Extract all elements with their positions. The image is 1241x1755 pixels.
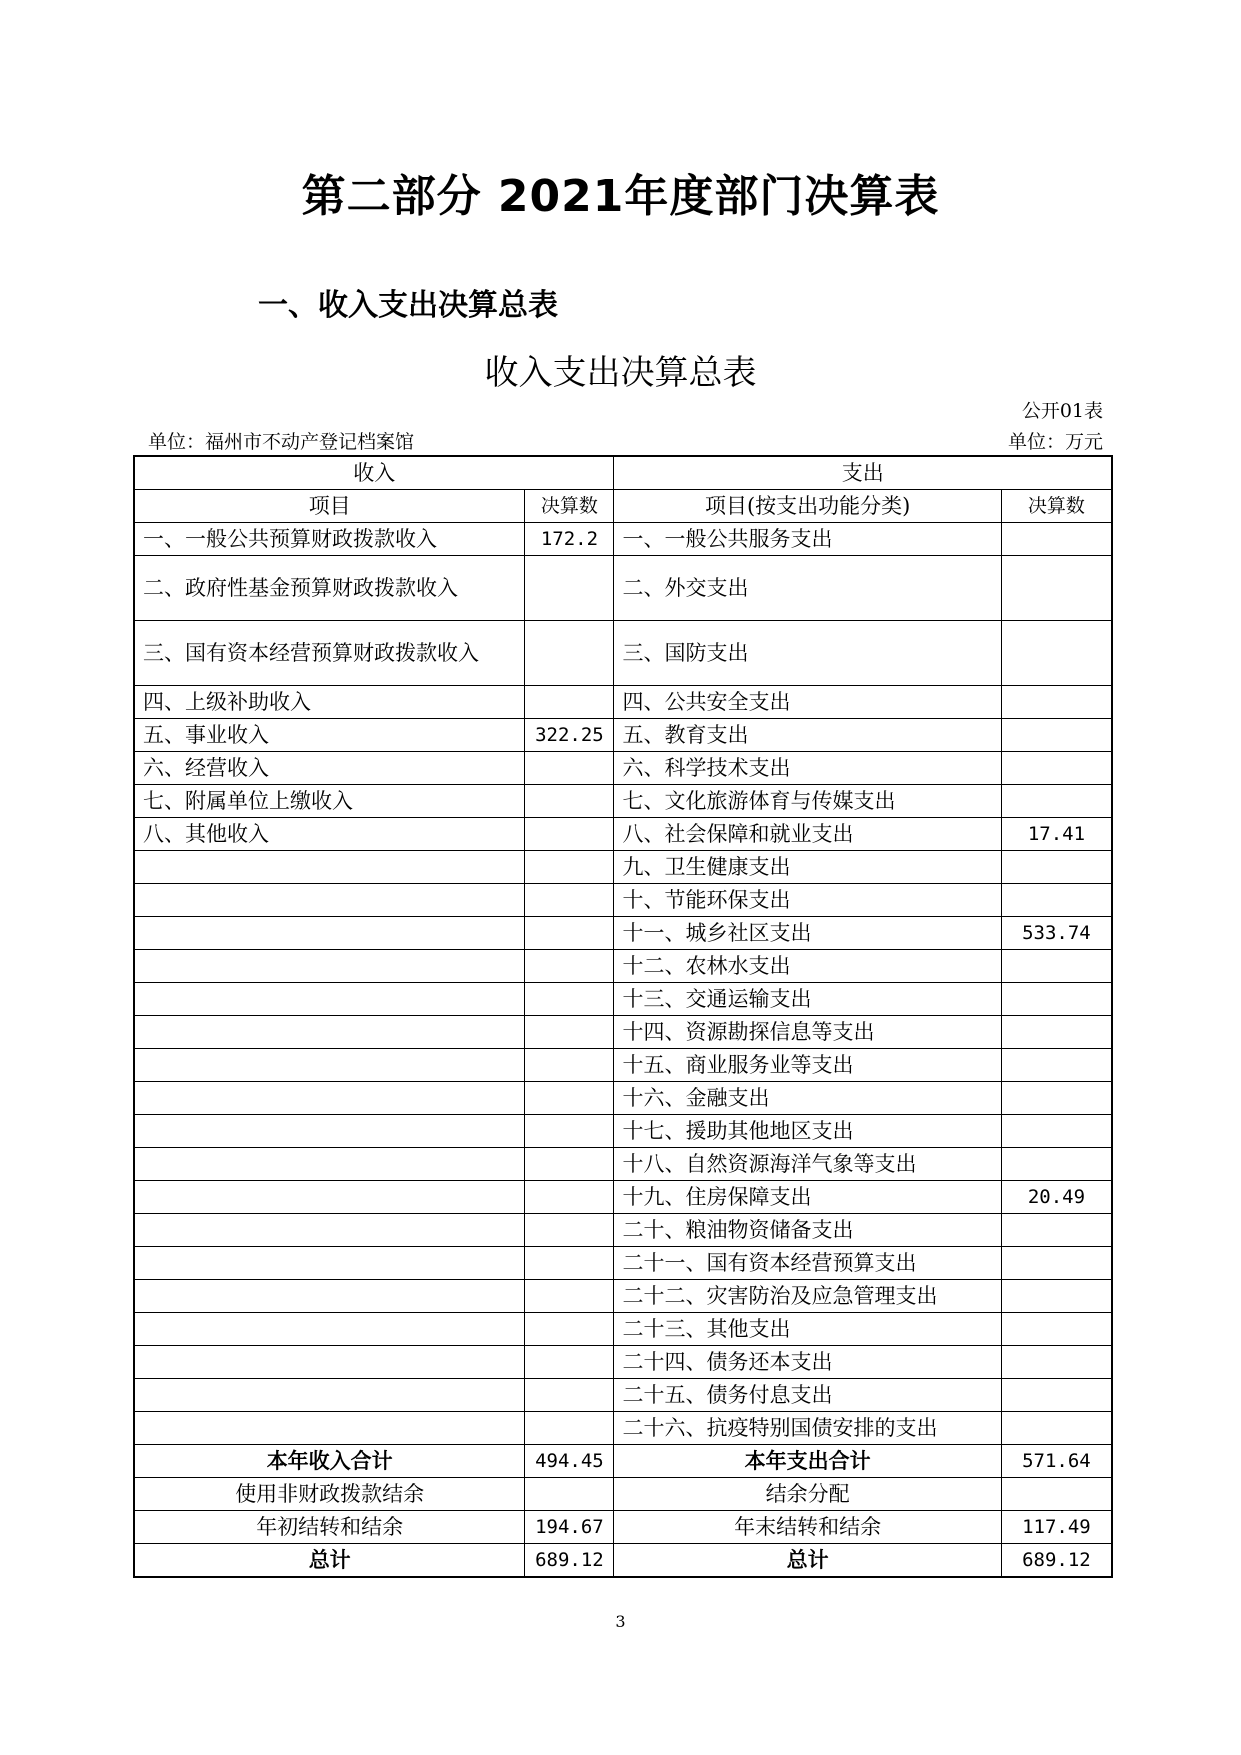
- expense-amount: [1001, 1280, 1112, 1313]
- expense-total-amount: [1001, 1478, 1112, 1511]
- expense-item: 八、社会保障和就业支出: [614, 818, 1001, 851]
- income-amount: [525, 1412, 614, 1445]
- income-amount: [525, 950, 614, 983]
- income-amount: [525, 983, 614, 1016]
- expense-total-amount: 117.49: [1001, 1511, 1112, 1544]
- expense-item: 十一、城乡社区支出: [614, 917, 1001, 950]
- table-row: 一、一般公共预算财政拨款收入172.2一、一般公共服务支出: [134, 523, 1112, 556]
- income-amount: [525, 621, 614, 686]
- expense-total-label: 总计: [614, 1544, 1001, 1578]
- table-row: 七、附属单位上缴收入七、文化旅游体育与传媒支出: [134, 785, 1112, 818]
- income-item: [134, 1214, 525, 1247]
- expense-item: 三、国防支出: [614, 621, 1001, 686]
- income-amount: [525, 1016, 614, 1049]
- income-item: [134, 1082, 525, 1115]
- income-amount: [525, 556, 614, 621]
- expense-item: 十八、自然资源海洋气象等支出: [614, 1148, 1001, 1181]
- expense-amount: [1001, 1148, 1112, 1181]
- expense-amount-header: 决算数: [1001, 490, 1112, 523]
- expense-item: 二十四、债务还本支出: [614, 1346, 1001, 1379]
- expense-item: 十三、交通运输支出: [614, 983, 1001, 1016]
- table-row: 二十、粮油物资储备支出: [134, 1214, 1112, 1247]
- section-title: 一、收入支出决算总表: [258, 280, 558, 324]
- income-amount: [525, 1346, 614, 1379]
- income-amount: [525, 1280, 614, 1313]
- table-row: 十、节能环保支出: [134, 884, 1112, 917]
- expense-amount: [1001, 752, 1112, 785]
- expense-amount: 20.49: [1001, 1181, 1112, 1214]
- total-row: 使用非财政拨款结余结余分配: [134, 1478, 1112, 1511]
- currency-unit: 单位：万元: [1008, 427, 1103, 454]
- expense-amount: [1001, 884, 1112, 917]
- expense-amount: [1001, 1049, 1112, 1082]
- income-amount: [525, 1181, 614, 1214]
- expense-amount: [1001, 983, 1112, 1016]
- expense-amount: [1001, 785, 1112, 818]
- expense-total-label: 年末结转和结余: [614, 1511, 1001, 1544]
- income-total-label: 使用非财政拨款结余: [134, 1478, 525, 1511]
- expense-item: 二十一、国有资本经营预算支出: [614, 1247, 1001, 1280]
- expense-amount: [1001, 556, 1112, 621]
- income-amount: [525, 1214, 614, 1247]
- expense-item: 二十五、债务付息支出: [614, 1379, 1001, 1412]
- table-row: 十五、商业服务业等支出: [134, 1049, 1112, 1082]
- income-amount: [525, 1379, 614, 1412]
- expense-amount: [1001, 1214, 1112, 1247]
- income-item: [134, 950, 525, 983]
- expense-amount: [1001, 1115, 1112, 1148]
- income-item: [134, 1412, 525, 1445]
- income-item: [134, 1115, 525, 1148]
- income-amount: [525, 1049, 614, 1082]
- income-item: 一、一般公共预算财政拨款收入: [134, 523, 525, 556]
- income-total-amount: 689.12: [525, 1544, 614, 1578]
- table-row: 二十六、抗疫特别国债安排的支出: [134, 1412, 1112, 1445]
- expense-item: 五、教育支出: [614, 719, 1001, 752]
- expense-total-label: 本年支出合计: [614, 1445, 1001, 1478]
- income-amount: [525, 686, 614, 719]
- table-code: 公开01表: [1022, 396, 1103, 423]
- income-total-amount: [525, 1478, 614, 1511]
- expense-amount: [1001, 1247, 1112, 1280]
- table-row: 二、政府性基金预算财政拨款收入二、外交支出: [134, 556, 1112, 621]
- table-row: 十七、援助其他地区支出: [134, 1115, 1112, 1148]
- expense-total-label: 结余分配: [614, 1478, 1001, 1511]
- expense-item: 九、卫生健康支出: [614, 851, 1001, 884]
- income-amount: 172.2: [525, 523, 614, 556]
- expense-item: 十七、援助其他地区支出: [614, 1115, 1001, 1148]
- income-amount: [525, 1148, 614, 1181]
- expense-amount: [1001, 686, 1112, 719]
- expense-amount: [1001, 1016, 1112, 1049]
- income-item: [134, 1049, 525, 1082]
- table-row: 二十一、国有资本经营预算支出: [134, 1247, 1112, 1280]
- income-amount: [525, 818, 614, 851]
- table-title: 收入支出决算总表: [0, 345, 1241, 394]
- expense-item: 十四、资源勘探信息等支出: [614, 1016, 1001, 1049]
- expense-item: 十九、住房保障支出: [614, 1181, 1001, 1214]
- income-total-amount: 194.67: [525, 1511, 614, 1544]
- expense-item: 二十、粮油物资储备支出: [614, 1214, 1001, 1247]
- table-row: 十九、住房保障支出20.49: [134, 1181, 1112, 1214]
- income-total-label: 总计: [134, 1544, 525, 1578]
- income-item: [134, 851, 525, 884]
- income-item: [134, 1379, 525, 1412]
- expense-item: 二十三、其他支出: [614, 1313, 1001, 1346]
- table-row: 四、上级补助收入四、公共安全支出: [134, 686, 1112, 719]
- income-item: [134, 917, 525, 950]
- expense-amount: [1001, 719, 1112, 752]
- income-expense-table: 收入 支出 项目 决算数 项目(按支出功能分类) 决算数 一、一般公共预算财政拨…: [133, 455, 1113, 1578]
- total-row: 本年收入合计494.45本年支出合计571.64: [134, 1445, 1112, 1478]
- table-row: 三、国有资本经营预算财政拨款收入三、国防支出: [134, 621, 1112, 686]
- header-row-sub: 项目 决算数 项目(按支出功能分类) 决算数: [134, 490, 1112, 523]
- expense-item: 二、外交支出: [614, 556, 1001, 621]
- expense-amount: 17.41: [1001, 818, 1112, 851]
- income-amount: [525, 1313, 614, 1346]
- income-amount: [525, 1247, 614, 1280]
- income-amount: [525, 1115, 614, 1148]
- expense-item: 四、公共安全支出: [614, 686, 1001, 719]
- income-amount: [525, 884, 614, 917]
- document-title: 第二部分 2021年度部门决算表: [0, 160, 1241, 224]
- income-item: 六、经营收入: [134, 752, 525, 785]
- income-item: [134, 983, 525, 1016]
- income-item-header: 项目: [134, 490, 525, 523]
- expense-item: 十、节能环保支出: [614, 884, 1001, 917]
- table-row: 十三、交通运输支出: [134, 983, 1112, 1016]
- income-item: 七、附属单位上缴收入: [134, 785, 525, 818]
- total-row: 年初结转和结余194.67年末结转和结余117.49: [134, 1511, 1112, 1544]
- income-item: [134, 1280, 525, 1313]
- income-item: [134, 1148, 525, 1181]
- table-row: 九、卫生健康支出: [134, 851, 1112, 884]
- income-header: 收入: [134, 456, 614, 490]
- income-amount: [525, 1082, 614, 1115]
- page-number: 3: [0, 1612, 1241, 1631]
- table-row: 二十四、债务还本支出: [134, 1346, 1112, 1379]
- expense-item-header: 项目(按支出功能分类): [614, 490, 1001, 523]
- expense-amount: [1001, 950, 1112, 983]
- income-amount-header: 决算数: [525, 490, 614, 523]
- expense-item: 十二、农林水支出: [614, 950, 1001, 983]
- expense-amount: 533.74: [1001, 917, 1112, 950]
- income-item: 五、事业收入: [134, 719, 525, 752]
- income-amount: [525, 752, 614, 785]
- expense-amount: [1001, 851, 1112, 884]
- expense-item: 七、文化旅游体育与传媒支出: [614, 785, 1001, 818]
- expense-amount: [1001, 1379, 1112, 1412]
- income-item: [134, 1346, 525, 1379]
- total-row: 总计689.12总计689.12: [134, 1544, 1112, 1578]
- income-total-label: 年初结转和结余: [134, 1511, 525, 1544]
- income-item: 三、国有资本经营预算财政拨款收入: [134, 621, 525, 686]
- income-item: 八、其他收入: [134, 818, 525, 851]
- income-amount: 322.25: [525, 719, 614, 752]
- income-item: 二、政府性基金预算财政拨款收入: [134, 556, 525, 621]
- table-row: 八、其他收入八、社会保障和就业支出17.41: [134, 818, 1112, 851]
- expense-amount: [1001, 1346, 1112, 1379]
- expense-item: 十六、金融支出: [614, 1082, 1001, 1115]
- income-item: 四、上级补助收入: [134, 686, 525, 719]
- expense-item: 一、一般公共服务支出: [614, 523, 1001, 556]
- table-row: 二十五、债务付息支出: [134, 1379, 1112, 1412]
- income-item: [134, 1181, 525, 1214]
- income-item: [134, 1016, 525, 1049]
- table-row: 十二、农林水支出: [134, 950, 1112, 983]
- expense-amount: [1001, 1082, 1112, 1115]
- income-amount: [525, 851, 614, 884]
- table-row: 六、经营收入六、科学技术支出: [134, 752, 1112, 785]
- expense-total-amount: 689.12: [1001, 1544, 1112, 1578]
- table-row: 十八、自然资源海洋气象等支出: [134, 1148, 1112, 1181]
- table-row: 十一、城乡社区支出533.74: [134, 917, 1112, 950]
- organization-unit: 单位：福州市不动产登记档案馆: [148, 427, 414, 454]
- expense-amount: [1001, 621, 1112, 686]
- table-row: 十四、资源勘探信息等支出: [134, 1016, 1112, 1049]
- income-amount: [525, 785, 614, 818]
- header-row-top: 收入 支出: [134, 456, 1112, 490]
- expense-item: 十五、商业服务业等支出: [614, 1049, 1001, 1082]
- income-total-label: 本年收入合计: [134, 1445, 525, 1478]
- expense-amount: [1001, 1412, 1112, 1445]
- expense-item: 二十六、抗疫特别国债安排的支出: [614, 1412, 1001, 1445]
- income-item: [134, 884, 525, 917]
- income-item: [134, 1247, 525, 1280]
- expense-header: 支出: [614, 456, 1112, 490]
- expense-item: 六、科学技术支出: [614, 752, 1001, 785]
- income-item: [134, 1313, 525, 1346]
- table-row: 二十二、灾害防治及应急管理支出: [134, 1280, 1112, 1313]
- table-row: 五、事业收入322.25五、教育支出: [134, 719, 1112, 752]
- expense-amount: [1001, 1313, 1112, 1346]
- expense-amount: [1001, 523, 1112, 556]
- income-amount: [525, 917, 614, 950]
- expense-total-amount: 571.64: [1001, 1445, 1112, 1478]
- table-row: 二十三、其他支出: [134, 1313, 1112, 1346]
- table-row: 十六、金融支出: [134, 1082, 1112, 1115]
- expense-item: 二十二、灾害防治及应急管理支出: [614, 1280, 1001, 1313]
- income-total-amount: 494.45: [525, 1445, 614, 1478]
